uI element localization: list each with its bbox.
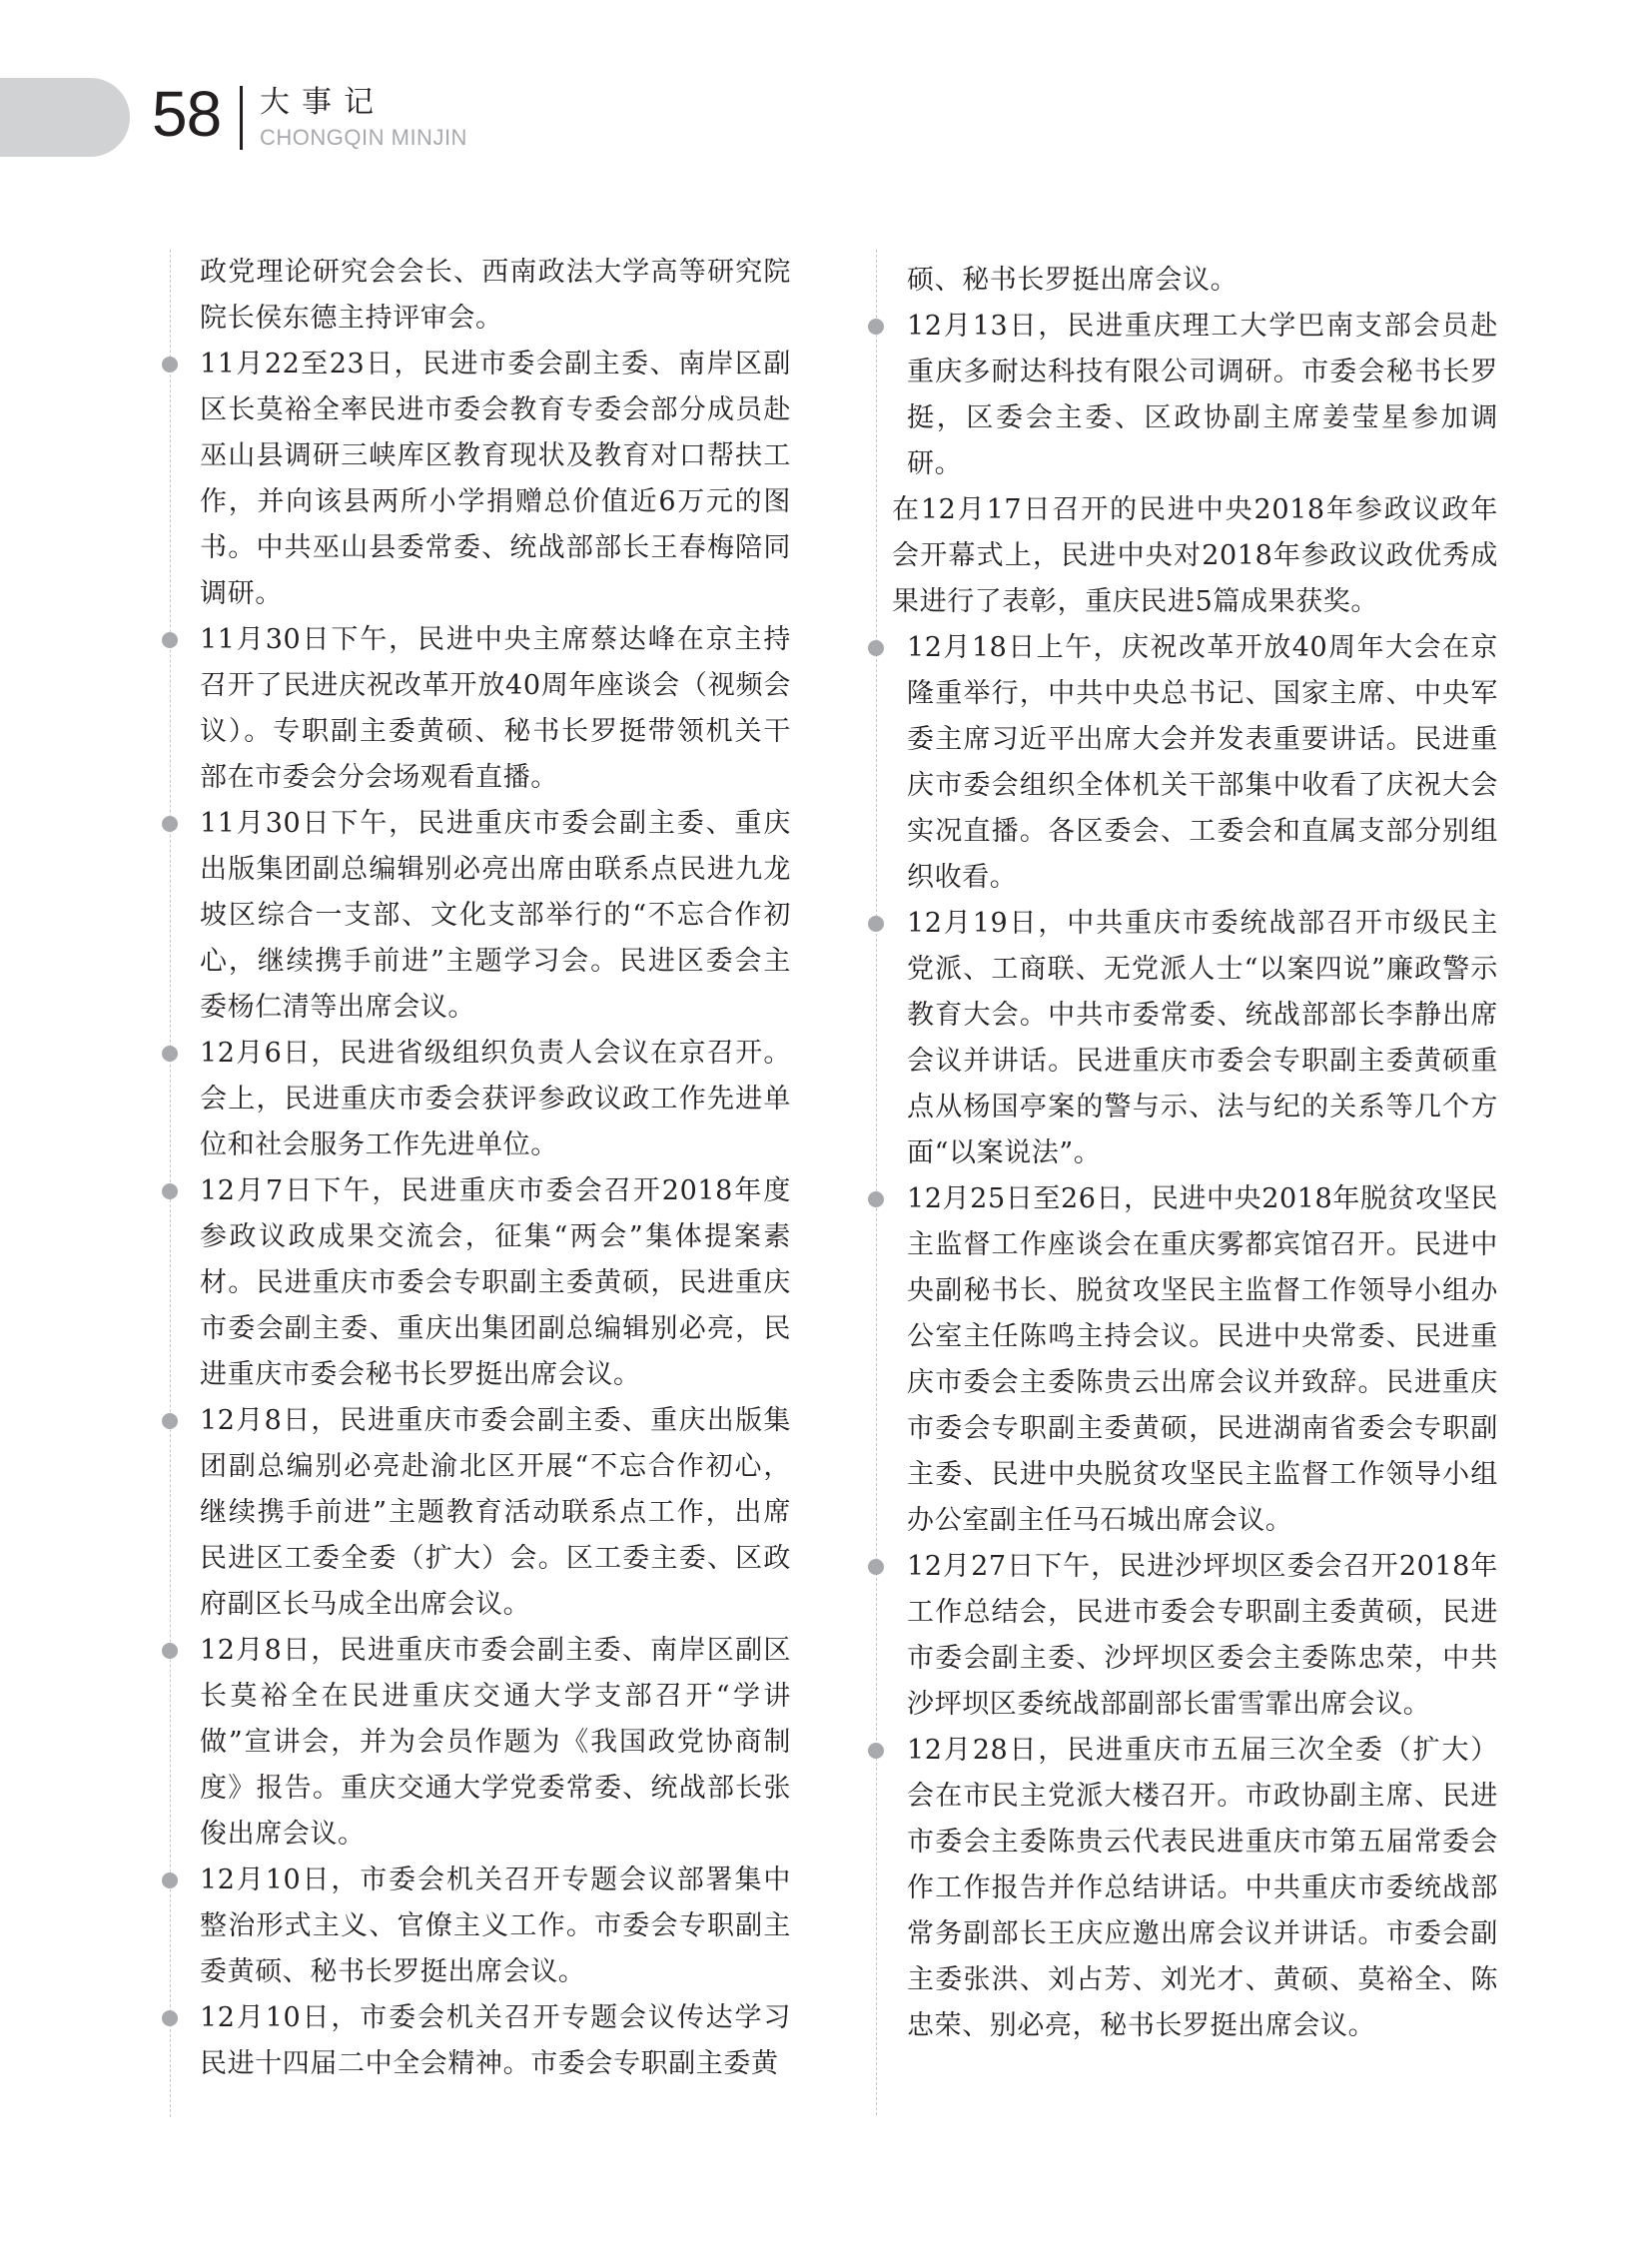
event-entry: 政党理论研究会会长、西南政法大学高等研究院院长侯东德主持评审会。	[200, 250, 791, 342]
event-entry: 12月8日，民进重庆市委会副主委、重庆出版集团副总编别必亮赴渝北区开展“不忘合作…	[200, 1398, 791, 1628]
event-text: 12月10日，市委会机关召开专题会议传达学习民进十四届二中全会精神。市委会专职副…	[200, 2002, 791, 2079]
bullet-dot-icon	[162, 1046, 178, 1062]
bullet-dot-icon	[868, 1191, 884, 1207]
right-column: 硕、秘书长罗挺出席会议。 12月13日，民进重庆理工大学巴南支部会员赴重庆多耐达…	[907, 258, 1498, 2049]
event-text: 硕、秘书长罗挺出席会议。	[907, 265, 1238, 296]
event-entry: 12月19日，中共重庆市委统战部召开市级民主党派、工商联、无党派人士“以案四说”…	[907, 901, 1498, 1176]
bullet-dot-icon	[868, 1559, 884, 1575]
section-subtitle: CHONGQIN MINJIN	[260, 126, 467, 150]
event-text: 12月6日，民进省级组织负责人会议在京召开。会上，民进重庆市委会获评参政议政工作…	[200, 1038, 791, 1160]
bullet-dot-icon	[162, 2010, 178, 2026]
event-text: 12月13日，民进重庆理工大学巴南支部会员赴重庆多耐达科技有限公司调研。市委会秘…	[907, 311, 1498, 479]
event-entry: 11月30日下午，民进中央主席蔡达峰在京主持召开了民进庆祝改革开放40周年座谈会…	[200, 617, 791, 801]
event-entry: 12月25日至26日，民进中央2018年脱贫攻坚民主监督工作座谈会在重庆雾都宾馆…	[907, 1176, 1498, 1544]
left-column: 政党理论研究会会长、西南政法大学高等研究院院长侯东德主持评审会。 11月22至2…	[200, 250, 791, 2087]
event-entry: 12月7日下午，民进重庆市委会召开2018年度参政议政成果交流会，征集“两会”集…	[200, 1168, 791, 1398]
event-text: 11月30日下午，民进重庆市委会副主委、重庆出版集团副总编辑别必亮出席由联系点民…	[200, 808, 791, 1023]
event-text: 12月7日下午，民进重庆市委会召开2018年度参政议政成果交流会，征集“两会”集…	[200, 1175, 791, 1390]
bullet-dot-icon	[162, 1643, 178, 1659]
event-text: 12月28日，民进重庆市五届三次全委（扩大）会在市民主党派大楼召开。市政协副主席…	[907, 1735, 1498, 2041]
bullet-dot-icon	[868, 640, 884, 656]
event-entry: 12月13日，民进重庆理工大学巴南支部会员赴重庆多耐达科技有限公司调研。市委会秘…	[907, 304, 1498, 487]
bullet-dot-icon	[162, 357, 178, 373]
event-text: 11月22至23日，民进市委会副主委、南岸区副区长莫裕全率民进市委会教育专委会部…	[200, 349, 791, 609]
event-text: 12月27日下午，民进沙坪坝区委会召开2018年工作总结会，民进市委会专职副主委…	[907, 1551, 1498, 1720]
event-text: 政党理论研究会会长、西南政法大学高等研究院院长侯东德主持评审会。	[200, 257, 791, 334]
event-entry: 硕、秘书长罗挺出席会议。	[907, 258, 1498, 304]
event-entry: 12月18日上午，庆祝改革开放40周年大会在京隆重举行，中共中央总书记、国家主席…	[907, 625, 1498, 901]
bullet-dot-icon	[868, 319, 884, 335]
event-text: 12月18日上午，庆祝改革开放40周年大会在京隆重举行，中共中央总书记、国家主席…	[907, 632, 1498, 893]
bullet-dot-icon	[868, 916, 884, 932]
page-tab-decoration	[0, 78, 130, 157]
event-entry: 12月28日，民进重庆市五届三次全委（扩大）会在市民主党派大楼召开。市政协副主席…	[907, 1728, 1498, 2049]
bullet-dot-icon	[162, 816, 178, 832]
bullet-dot-icon	[868, 1743, 884, 1759]
section-title: 大事记	[260, 86, 386, 120]
event-entry: 在12月17日召开的民进中央2018年参政议政年会开幕式上，民进中央对2018年…	[892, 487, 1498, 625]
header-divider	[240, 86, 243, 150]
bullet-dot-icon	[162, 1413, 178, 1429]
event-text: 12月19日，中共重庆市委统战部召开市级民主党派、工商联、无党派人士“以案四说”…	[907, 908, 1498, 1168]
bullet-dot-icon	[162, 1183, 178, 1199]
bullet-dot-icon	[162, 1872, 178, 1888]
event-entry: 12月10日，市委会机关召开专题会议传达学习民进十四届二中全会精神。市委会专职副…	[200, 1995, 791, 2087]
event-entry: 12月8日，民进重庆市委会副主委、南岸区副区长莫裕全在民进重庆交通大学支部召开“…	[200, 1628, 791, 1858]
event-text: 11月30日下午，民进中央主席蔡达峰在京主持召开了民进庆祝改革开放40周年座谈会…	[200, 624, 791, 793]
event-entry: 11月30日下午，民进重庆市委会副主委、重庆出版集团副总编辑别必亮出席由联系点民…	[200, 801, 791, 1031]
event-entry: 11月22至23日，民进市委会副主委、南岸区副区长莫裕全率民进市委会教育专委会部…	[200, 342, 791, 617]
event-text: 12月8日，民进重庆市委会副主委、南岸区副区长莫裕全在民进重庆交通大学支部召开“…	[200, 1635, 791, 1850]
event-entry: 12月6日，民进省级组织负责人会议在京召开。会上，民进重庆市委会获评参政议政工作…	[200, 1031, 791, 1168]
event-text: 12月25日至26日，民进中央2018年脱贫攻坚民主监督工作座谈会在重庆雾都宾馆…	[907, 1183, 1498, 1536]
timeline-line-right	[876, 250, 877, 2115]
event-entry: 12月27日下午，民进沙坪坝区委会召开2018年工作总结会，民进市委会专职副主委…	[907, 1544, 1498, 1728]
event-entry: 12月10日，市委会机关召开专题会议部署集中整治形式主义、官僚主义工作。市委会专…	[200, 1858, 791, 1995]
bullet-dot-icon	[162, 632, 178, 648]
page-number: 58	[152, 82, 221, 146]
event-text: 12月10日，市委会机关召开专题会议部署集中整治形式主义、官僚主义工作。市委会专…	[200, 1865, 791, 1987]
event-text: 在12月17日召开的民进中央2018年参政议政年会开幕式上，民进中央对2018年…	[892, 494, 1498, 617]
event-text: 12月8日，民进重庆市委会副主委、重庆出版集团副总编别必亮赴渝北区开展“不忘合作…	[200, 1405, 791, 1620]
